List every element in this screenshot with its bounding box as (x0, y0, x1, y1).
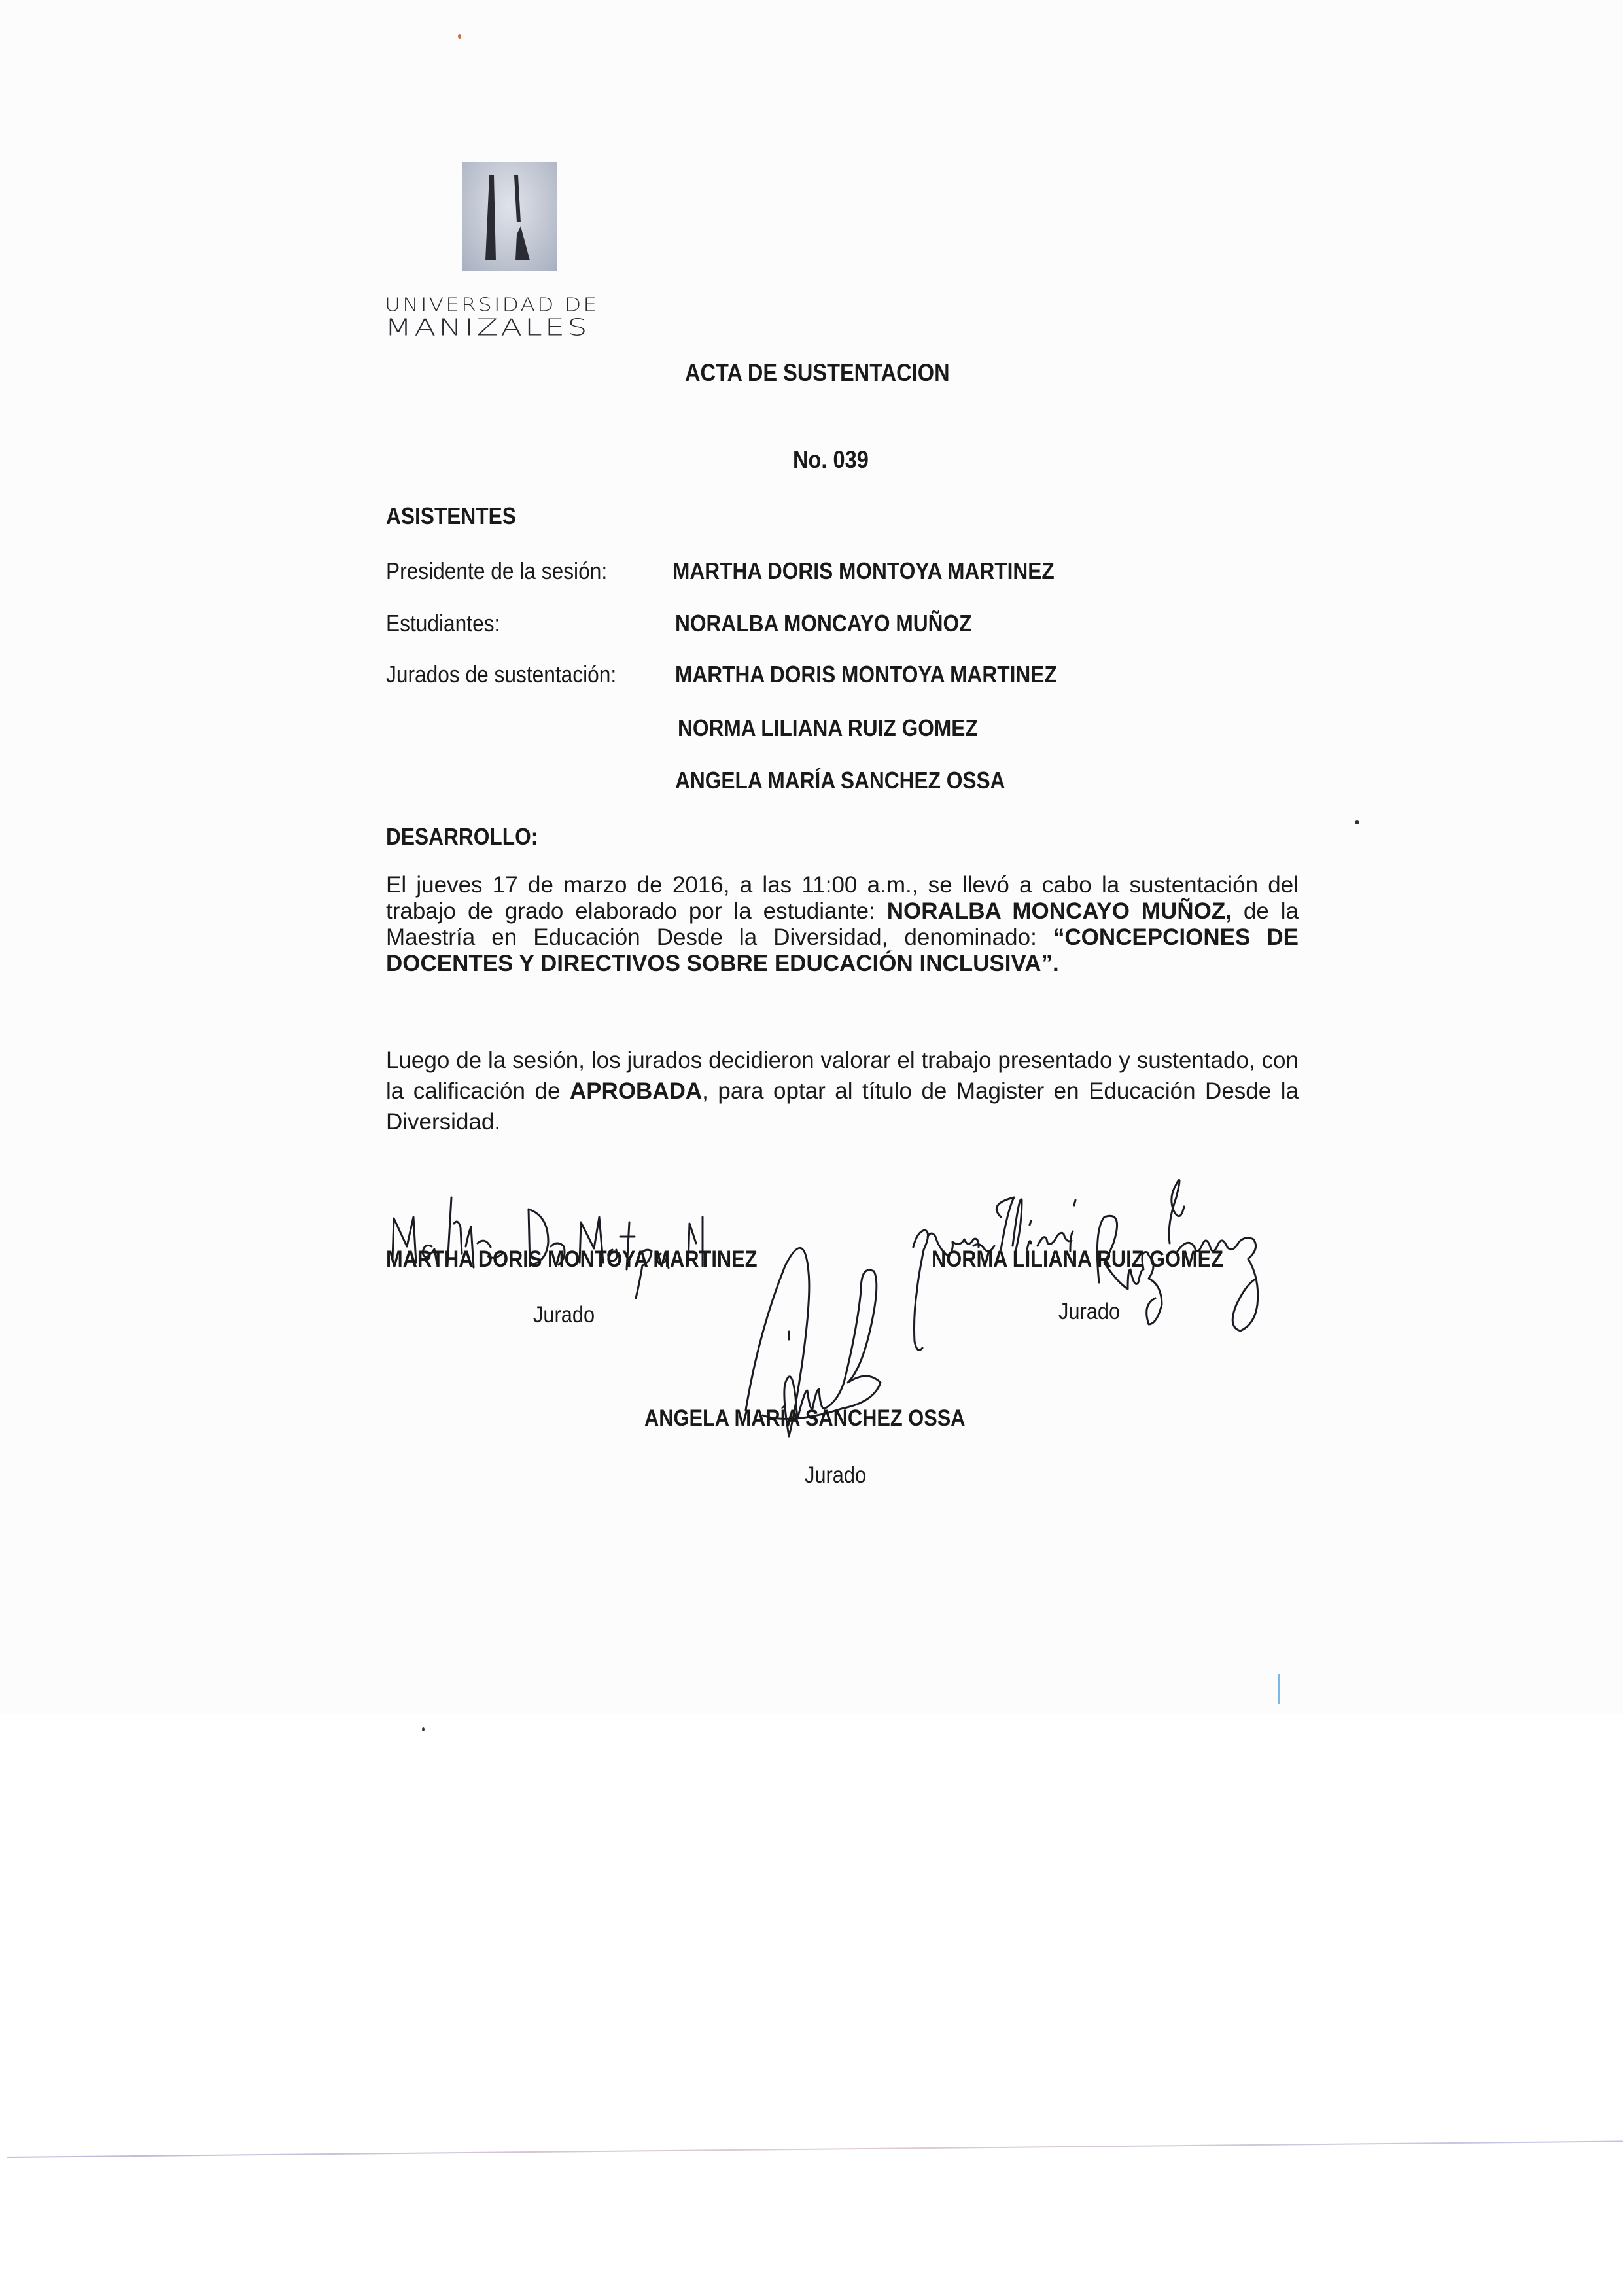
row-value-jurado-3: ANGELA MARÍA SANCHEZ OSSA (675, 767, 1005, 794)
scanned-page (0, 0, 1623, 1714)
row-label-estudiantes: Estudiantes: (386, 610, 500, 637)
signatory-name-2: NORMA LILIANA RUIZ GOMEZ (932, 1246, 1223, 1273)
row-value-jurado-1: MARTHA DORIS MONTOYA MARTINEZ (675, 661, 1057, 688)
student-name: NORALBA MONCAYO MUÑOZ, (887, 898, 1232, 924)
signatory-name-1: MARTHA DORIS MONTOYA MARTINEZ (386, 1246, 758, 1273)
scan-speck (422, 1727, 425, 1731)
university-name: UNIVERSIDAD DE MANIZALES (385, 293, 620, 345)
row-value-jurado-2: NORMA LILIANA RUIZ GOMEZ (678, 715, 978, 742)
row-value-estudiantes: NORALBA MONCAYO MUÑOZ (675, 610, 971, 637)
scan-speck (458, 34, 461, 39)
row-label-jurados: Jurados de sustentación: (386, 661, 616, 688)
desarrollo-heading: DESARROLLO: (386, 823, 538, 851)
desarrollo-paragraph-1: El jueves 17 de marzo de 2016, a las 11:… (386, 872, 1299, 977)
desarrollo-paragraph-2: Luego de la sesión, los jurados decidier… (386, 1045, 1299, 1137)
row-label-presidente: Presidente de la sesión: (386, 557, 607, 585)
university-name-line2: MANIZALES (385, 317, 620, 338)
signatory-role-3: Jurado (805, 1462, 866, 1489)
signatory-name-3: ANGELA MARÍA SANCHEZ OSSA (644, 1405, 966, 1432)
scan-edge-line (7, 2140, 1623, 2158)
grade-result: APROBADA (570, 1078, 702, 1104)
scan-speck (1355, 820, 1359, 824)
university-name-line1: UNIVERSIDAD DE (385, 295, 620, 315)
asistentes-heading: ASISTENTES (386, 503, 516, 530)
signatory-role-2: Jurado (1058, 1299, 1120, 1325)
signatory-role-1: Jurado (533, 1302, 595, 1328)
document-number: No. 039 (793, 446, 869, 474)
row-value-presidente: MARTHA DORIS MONTOYA MARTINEZ (672, 557, 1055, 585)
document-title: ACTA DE SUSTENTACION (685, 359, 950, 387)
scan-artifact (1278, 1674, 1280, 1704)
university-logo-icon (462, 162, 557, 271)
